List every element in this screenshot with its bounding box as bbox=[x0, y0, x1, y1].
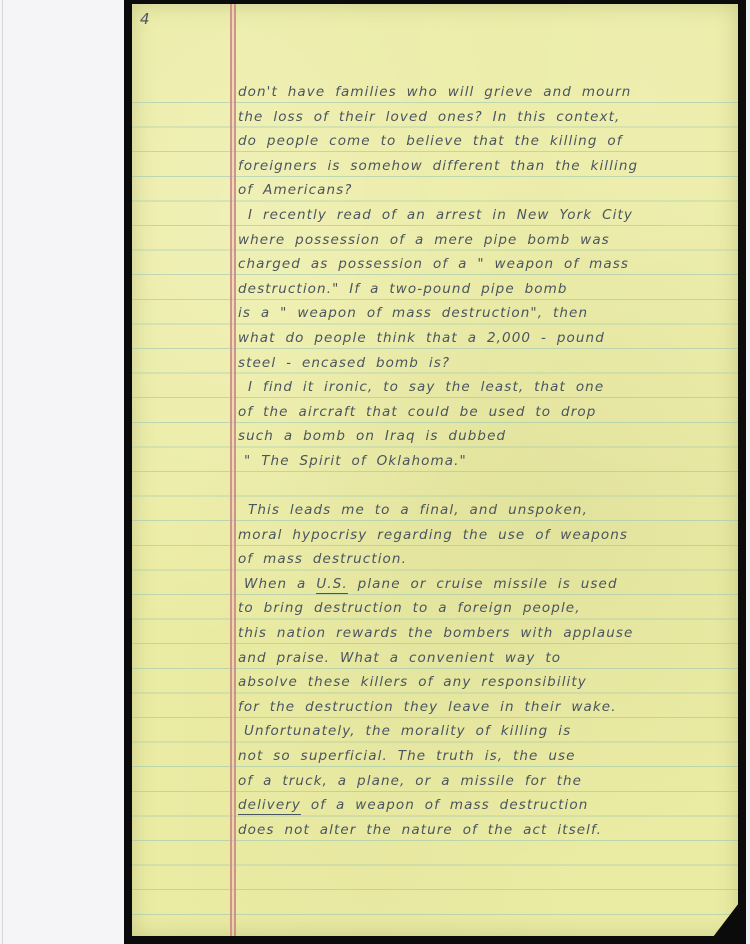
handwritten-text: do people come to believe that the killi… bbox=[238, 133, 623, 149]
handwritten-line: destruction." If a two-pound pipe bomb bbox=[238, 275, 718, 300]
handwritten-text: this nation rewards the bombers with app… bbox=[238, 625, 633, 641]
handwritten-text: Unfortunately, the morality of killing i… bbox=[244, 723, 571, 739]
handwritten-text: When a bbox=[244, 576, 316, 592]
handwritten-line: I find it ironic, to say the least, that… bbox=[238, 373, 718, 398]
handwritten-line: what do people think that a 2,000 - poun… bbox=[238, 324, 718, 349]
handwritten-text: " The Spirit of Oklahoma." bbox=[244, 453, 467, 469]
handwritten-text: is a " weapon of mass destruction", then bbox=[238, 305, 588, 321]
handwritten-line: When a U.S. plane or cruise missile is u… bbox=[238, 570, 718, 595]
handwritten-text: I find it ironic, to say the least, that… bbox=[248, 379, 604, 395]
handwritten-text: not so superficial. The truth is, the us… bbox=[238, 748, 576, 764]
handwritten-text: moral hypocrisy regarding the use of wea… bbox=[238, 527, 628, 543]
handwritten-line: absolve these killers of any responsibil… bbox=[238, 668, 718, 693]
handwritten-text: of a truck, a plane, or a missile for th… bbox=[238, 773, 582, 789]
handwritten-line: and praise. What a convenient way to bbox=[238, 644, 718, 669]
handwritten-line: not so superficial. The truth is, the us… bbox=[238, 742, 718, 767]
handwritten-line: of a truck, a plane, or a missile for th… bbox=[238, 767, 718, 792]
handwritten-line: moral hypocrisy regarding the use of wea… bbox=[238, 521, 718, 546]
handwritten-text: for the destruction they leave in their … bbox=[238, 699, 617, 715]
handwritten-line: This leads me to a final, and unspoken, bbox=[238, 496, 718, 521]
handwritten-text: and praise. What a convenient way to bbox=[238, 650, 561, 666]
underlined-word: delivery bbox=[238, 797, 301, 815]
handwritten-line: delivery of a weapon of mass destruction bbox=[238, 791, 718, 816]
scan-viewer: 4 don't have families who will grieve an… bbox=[0, 0, 750, 944]
handwritten-text: This leads me to a final, and unspoken, bbox=[248, 502, 588, 518]
handwritten-line: of mass destruction. bbox=[238, 545, 718, 570]
handwritten-line: the loss of their loved ones? In this co… bbox=[238, 103, 718, 128]
handwritten-line: this nation rewards the bombers with app… bbox=[238, 619, 718, 644]
handwritten-text: foreigners is somehow different than the… bbox=[238, 158, 638, 174]
handwritten-line: don't have families who will grieve and … bbox=[238, 78, 718, 103]
handwritten-text: does not alter the nature of the act its… bbox=[238, 822, 602, 838]
handwritten-line: of the aircraft that could be used to dr… bbox=[238, 398, 718, 423]
handwritten-text: steel - encased bomb is? bbox=[238, 355, 450, 371]
handwritten-text: of mass destruction. bbox=[238, 551, 407, 567]
page-number: 4 bbox=[140, 10, 150, 28]
handwritten-text: of a weapon of mass destruction bbox=[301, 797, 588, 813]
handwritten-text: destruction." If a two-pound pipe bomb bbox=[238, 281, 568, 297]
handwritten-text: the loss of their loved ones? In this co… bbox=[238, 109, 620, 125]
handwritten-line: where possession of a mere pipe bomb was bbox=[238, 226, 718, 251]
red-margin-line bbox=[230, 4, 237, 936]
handwritten-text: what do people think that a 2,000 - poun… bbox=[238, 330, 605, 346]
corner-fold bbox=[713, 903, 738, 936]
handwritten-line bbox=[238, 472, 718, 497]
handwritten-text: plane or cruise missile is used bbox=[348, 576, 618, 592]
handwritten-line: foreigners is somehow different than the… bbox=[238, 152, 718, 177]
handwriting: don't have families who will grieve and … bbox=[238, 78, 718, 840]
handwritten-text: of Americans? bbox=[238, 182, 353, 198]
handwritten-line: such a bomb on Iraq is dubbed bbox=[238, 422, 718, 447]
handwritten-line: for the destruction they leave in their … bbox=[238, 693, 718, 718]
handwritten-line: is a " weapon of mass destruction", then bbox=[238, 299, 718, 324]
viewer-right-edge-strip bbox=[746, 0, 750, 944]
handwritten-text: I recently read of an arrest in New York… bbox=[248, 207, 633, 223]
handwritten-line: steel - encased bomb is? bbox=[238, 349, 718, 374]
handwritten-line: does not alter the nature of the act its… bbox=[238, 816, 718, 841]
handwritten-text: absolve these killers of any responsibil… bbox=[238, 674, 587, 690]
handwritten-text: to bring destruction to a foreign people… bbox=[238, 600, 581, 616]
handwritten-line: of Americans? bbox=[238, 176, 718, 201]
handwritten-text: where possession of a mere pipe bomb was bbox=[238, 232, 610, 248]
legal-pad-page: 4 don't have families who will grieve an… bbox=[132, 4, 738, 936]
handwritten-line: I recently read of an arrest in New York… bbox=[238, 201, 718, 226]
underlined-word: U.S. bbox=[316, 576, 347, 594]
handwritten-text: charged as possession of a " weapon of m… bbox=[238, 256, 629, 272]
document-scan: 4 don't have families who will grieve an… bbox=[124, 0, 746, 944]
handwritten-line: " The Spirit of Oklahoma." bbox=[238, 447, 718, 472]
handwritten-line: to bring destruction to a foreign people… bbox=[238, 594, 718, 619]
viewer-left-panel bbox=[0, 0, 124, 944]
handwritten-line: Unfortunately, the morality of killing i… bbox=[238, 717, 718, 742]
handwritten-line: charged as possession of a " weapon of m… bbox=[238, 250, 718, 275]
handwritten-text: of the aircraft that could be used to dr… bbox=[238, 404, 596, 420]
handwritten-line: do people come to believe that the killi… bbox=[238, 127, 718, 152]
handwritten-text: such a bomb on Iraq is dubbed bbox=[238, 428, 506, 444]
handwritten-text: don't have families who will grieve and … bbox=[238, 84, 631, 100]
